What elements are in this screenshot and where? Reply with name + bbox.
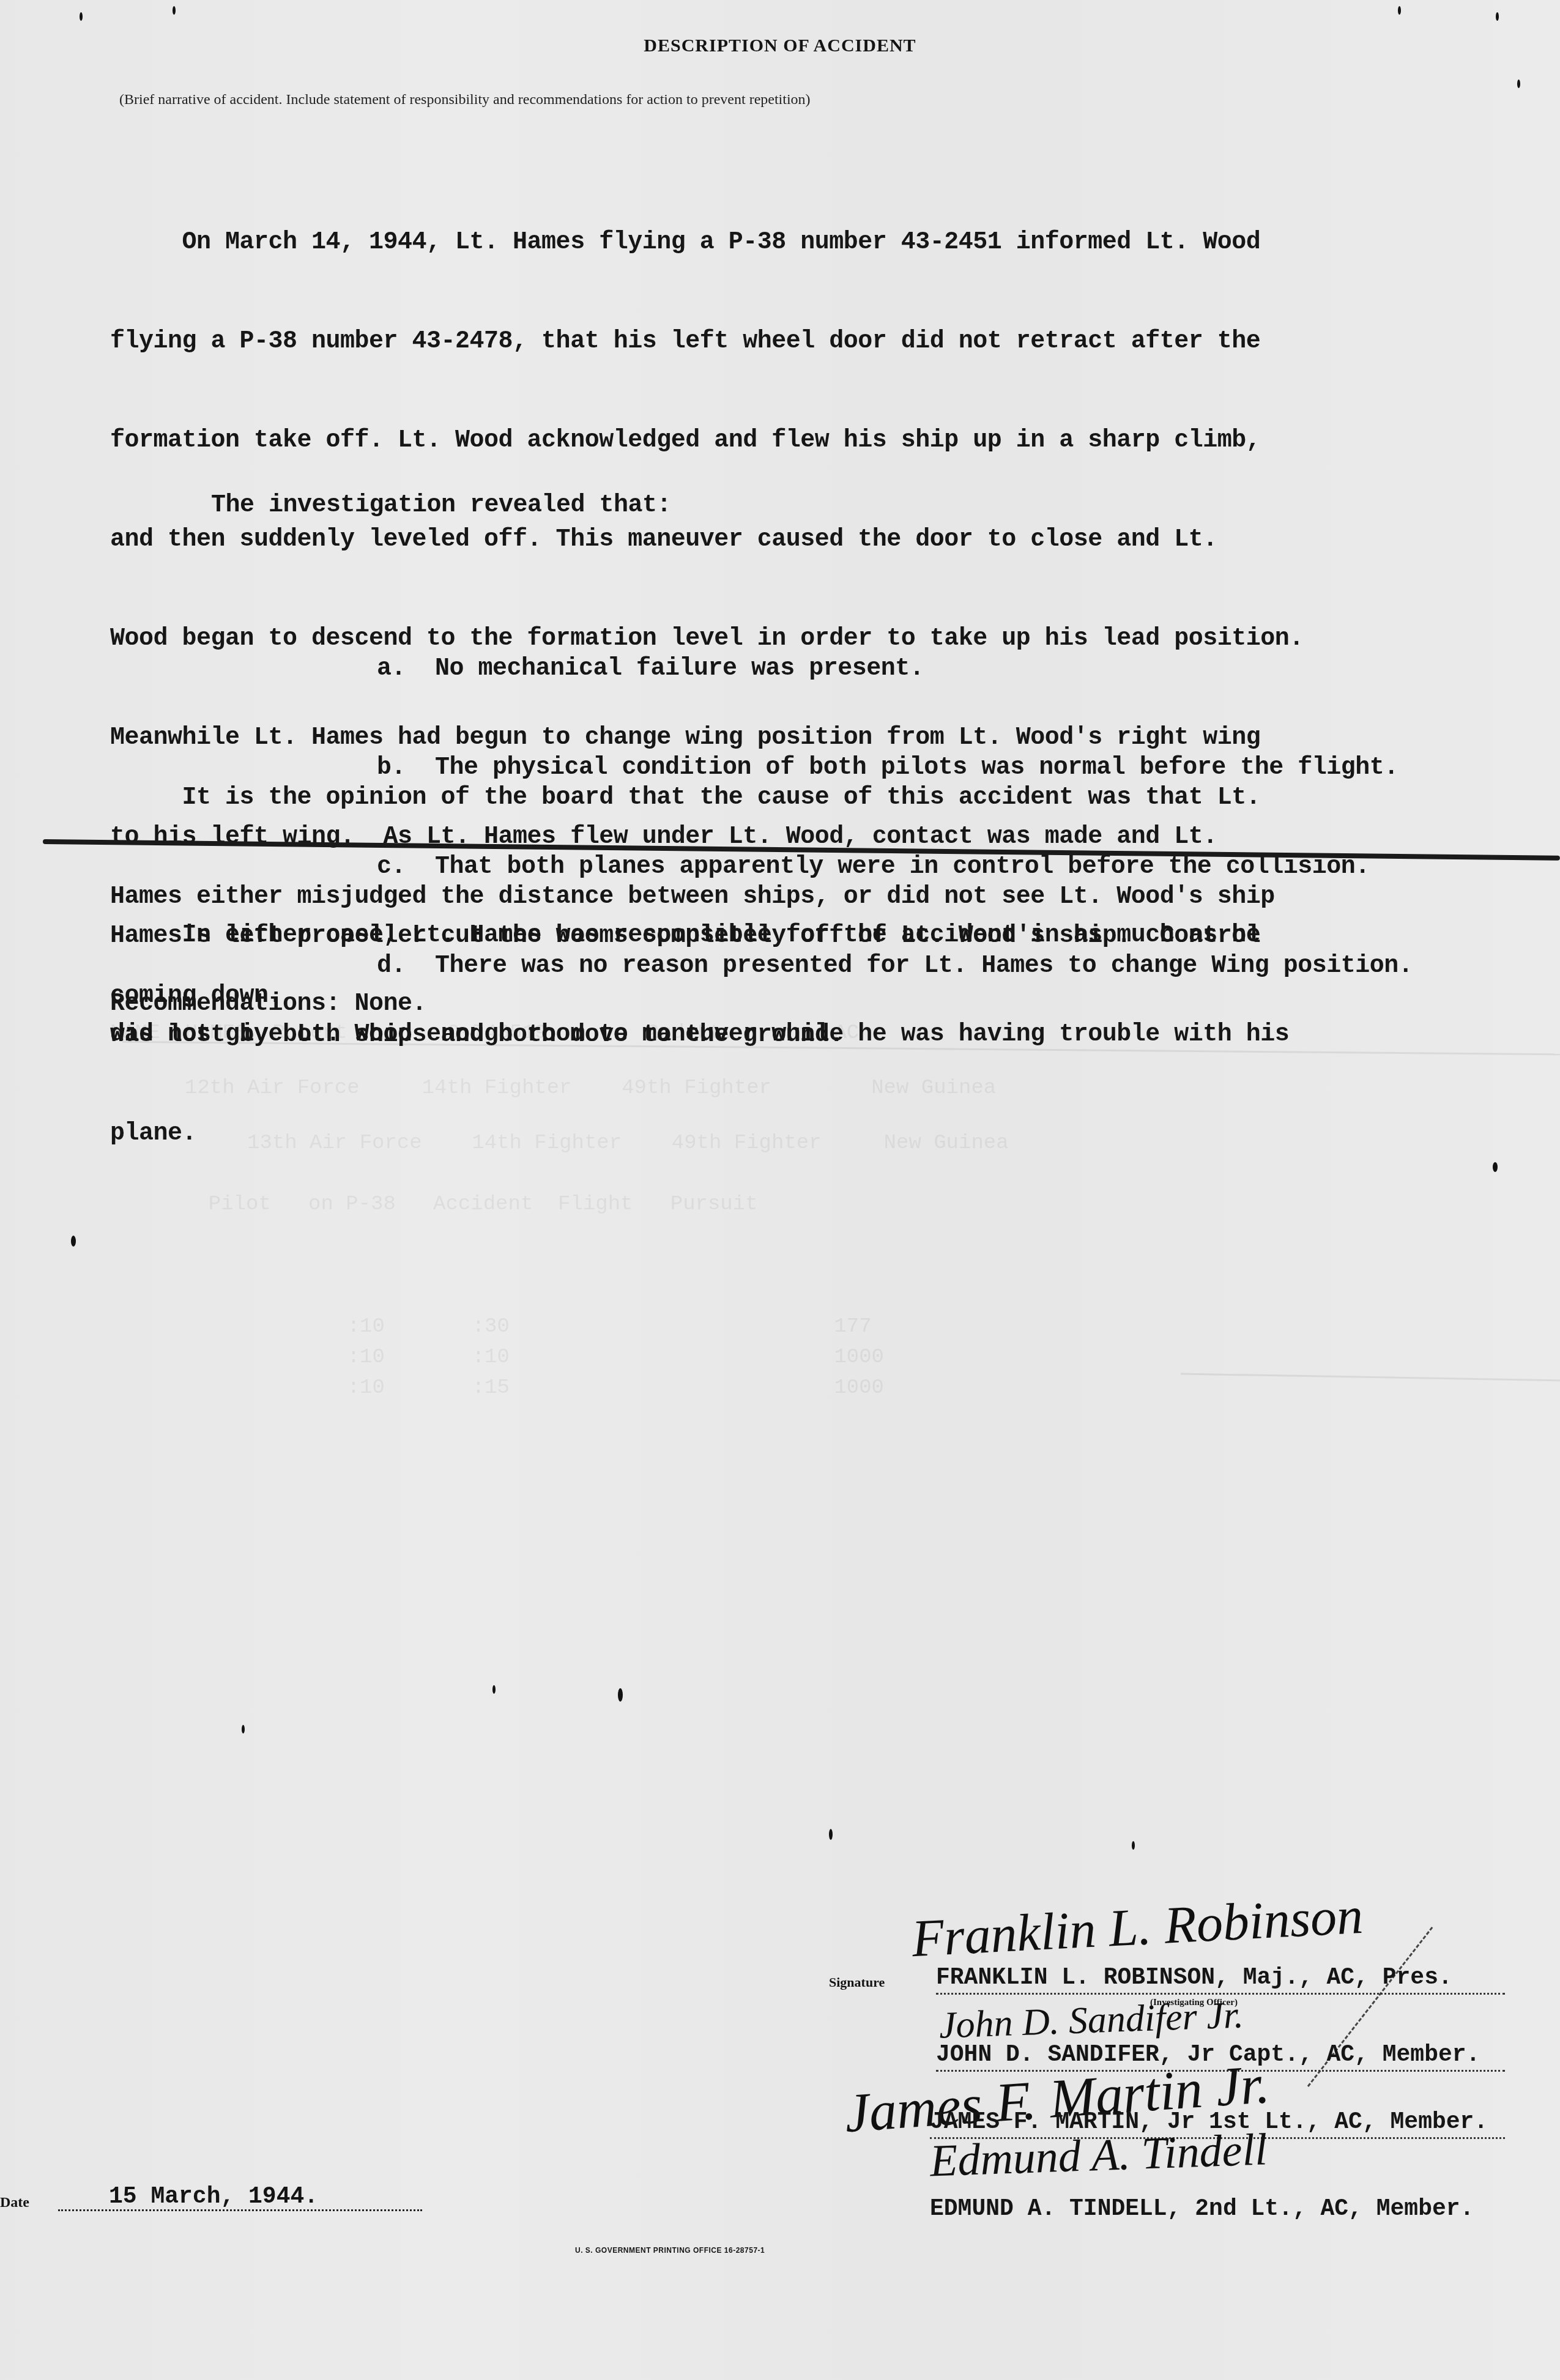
scan-speck: [492, 1685, 496, 1694]
responsibility-paragraph: In either case, Lt. Hames was responsibl…: [110, 853, 1289, 1217]
bleed-through-text: :10 :10 1000: [110, 1346, 884, 1369]
date-label: Date: [0, 2195, 29, 2211]
scan-speck: [1517, 80, 1520, 88]
date-value: 15 March, 1944.: [109, 2184, 318, 2210]
narrative-line: and then suddenly leveled off. This mane…: [110, 524, 1304, 557]
responsibility-line: plane.: [110, 1118, 1289, 1151]
opinion-line: It is the opinion of the board that the …: [110, 782, 1275, 815]
finding-text: No mechanical failure was present.: [435, 655, 924, 683]
scan-speck: [80, 12, 83, 21]
page-title: DESCRIPTION OF ACCIDENT: [0, 35, 1560, 56]
printing-office-imprint: U. S. GOVERNMENT PRINTING OFFICE 16-2875…: [575, 2246, 765, 2255]
bleed-through-rule: [1181, 1373, 1560, 1382]
scan-speck: [242, 1725, 245, 1733]
responsibility-line: did not give Lt. Wood enough room to man…: [110, 1018, 1289, 1051]
bleed-through-text: :10 :30 177: [110, 1315, 872, 1338]
finding-letter: a.: [377, 653, 435, 686]
recommendations-label: Recommendations:: [110, 990, 340, 1018]
document-page: NAME HAMES, Robert O-743519 2nd Lt. AC 1…: [0, 0, 1560, 2380]
bleed-through-text: :10 :15 1000: [110, 1376, 884, 1399]
finding-item: a.No mechanical failure was present.: [291, 620, 1413, 653]
scan-speck: [1398, 6, 1401, 15]
signature-script-robinson: Franklin L. Robinson: [910, 1885, 1364, 1969]
scan-speck: [173, 6, 176, 15]
recommendations: Recommendations: None.: [110, 988, 426, 1021]
narrative-line: On March 14, 1944, Lt. Hames flying a P-…: [110, 226, 1304, 259]
signer-typed-name: FRANKLIN L. ROBINSON, Maj., AC, Pres.: [936, 1965, 1452, 1991]
investigation-intro: The investigation revealed that:: [211, 489, 671, 522]
narrative-line: formation take off. Lt. Wood acknowledge…: [110, 424, 1304, 458]
date-line: [58, 2209, 422, 2211]
scan-speck: [829, 1829, 833, 1840]
scan-speck: [71, 1236, 76, 1247]
responsibility-line: In either case, Lt. Hames was responsibl…: [110, 919, 1289, 952]
form-instructions: (Brief narrative of accident. Include st…: [119, 92, 811, 108]
scan-speck: [1493, 1162, 1498, 1172]
signature-script-sandifer: John D. Sandifer Jr.: [938, 1993, 1244, 2047]
signature-label: Signature: [829, 1974, 885, 1990]
scan-speck: [1496, 12, 1499, 21]
narrative-line: flying a P-38 number 43-2478, that his l…: [110, 325, 1304, 358]
scan-speck: [1132, 1841, 1135, 1850]
signer-typed-name: EDMUND A. TINDELL, 2nd Lt., AC, Member.: [930, 2196, 1474, 2222]
scan-speck: [618, 1688, 623, 1702]
recommendations-value: None.: [355, 990, 427, 1018]
signature-script-tindell: Edmund A. Tindell: [929, 2124, 1268, 2187]
